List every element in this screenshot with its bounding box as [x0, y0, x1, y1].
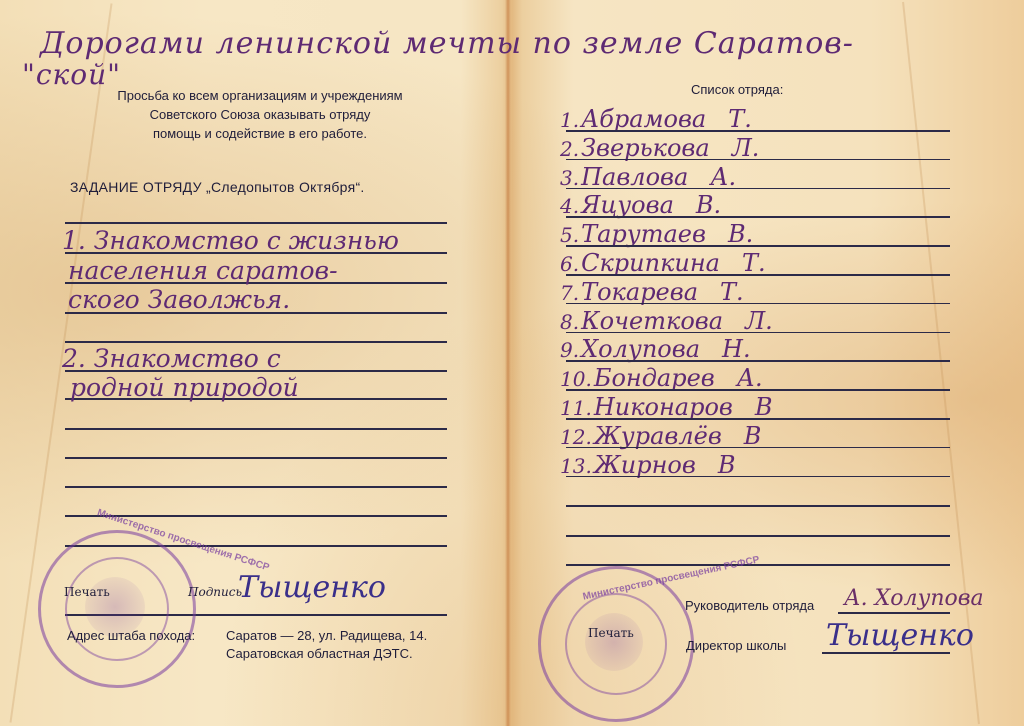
task-line: родной природой	[70, 373, 299, 402]
list-item: 13.ЖирновВ	[560, 451, 970, 479]
rule	[566, 418, 950, 420]
official-stamp-right: Министерство просвещения РСФСР	[538, 566, 694, 722]
rule	[566, 274, 950, 276]
member-name: Яцуова	[581, 191, 674, 219]
member-number: 6.	[560, 252, 579, 276]
member-number: 3.	[560, 166, 579, 190]
rule	[65, 486, 447, 488]
member-number: 12.	[560, 425, 592, 449]
member-number: 11.	[560, 396, 592, 420]
member-name: Павлова	[581, 163, 688, 191]
request-text: Просьба ко всем организациям и учреждени…	[40, 86, 480, 143]
member-number: 9.	[560, 338, 579, 362]
member-name: Жирнов	[594, 451, 696, 479]
request-line: Советского Союза оказывать отряду	[40, 105, 480, 124]
coat-of-arms-icon	[585, 613, 643, 671]
member-initial: Л.	[745, 307, 773, 335]
leader-signature: А. Холупова	[844, 586, 984, 611]
list-item: 7.ТокареваТ.	[560, 278, 970, 306]
list-heading: Список отряда:	[691, 82, 783, 97]
member-name: Зверькова	[581, 134, 710, 162]
list-item: 5.ТарутаевВ.	[560, 220, 970, 248]
rule	[65, 428, 447, 430]
handwritten-title-line1: Дорогами ленинской мечты по земле Сарато…	[40, 26, 854, 61]
member-number: 2.	[560, 137, 579, 161]
signature-left: Тыщенко	[238, 570, 386, 605]
member-name: Журавлёв	[594, 422, 722, 450]
list-item: 9.ХолуповаН.	[560, 335, 970, 363]
rule	[65, 341, 447, 343]
address-line1: Саратов — 28, ул. Радищева, 14.	[226, 628, 427, 643]
member-initial: Т.	[728, 105, 752, 133]
leader-label: Руководитель отряда	[685, 598, 814, 613]
member-number: 10.	[560, 367, 592, 391]
rule	[566, 159, 950, 161]
list-item: 8.КочетковаЛ.	[560, 307, 970, 335]
task-heading: ЗАДАНИЕ ОТРЯДУ „Следопытов Октября“.	[70, 179, 365, 195]
list-item: 12.ЖуравлёвВ	[560, 422, 970, 450]
rule	[566, 332, 950, 334]
member-initial: Л.	[732, 134, 760, 162]
request-line: помощь и содействие в его работе.	[40, 124, 480, 143]
member-name: Токарева	[581, 278, 698, 306]
rule	[566, 389, 950, 391]
list-item: 11.НиконаровВ	[560, 393, 970, 421]
list-item: 4.ЯцуоваВ.	[560, 191, 970, 219]
director-signature: Тыщенко	[826, 618, 974, 653]
member-number: 1.	[560, 108, 579, 132]
list-item: 10.БондаревА.	[560, 364, 970, 392]
member-name: Абрамова	[581, 105, 706, 133]
task-line: 1. Знакомство с жизнью	[62, 226, 399, 255]
rule	[566, 505, 950, 507]
list-item: 2.ЗверьковаЛ.	[560, 134, 970, 162]
member-initial: А.	[710, 163, 736, 191]
address-label: Адрес штаба похода:	[67, 628, 195, 643]
rule	[566, 130, 950, 132]
rule	[65, 222, 447, 224]
address-line2: Саратовская областная ДЭТС.	[226, 646, 413, 661]
member-initial: В.	[696, 191, 721, 219]
member-initial: Т.	[720, 278, 744, 306]
member-number: 13.	[560, 454, 592, 478]
center-fold	[505, 0, 511, 726]
member-name: Холупова	[581, 335, 700, 363]
member-name: Тарутаев	[581, 220, 706, 248]
member-initial: В.	[728, 220, 753, 248]
rule	[65, 457, 447, 459]
stamp-label: Печать	[588, 626, 634, 640]
task-line: населения саратов-	[68, 256, 338, 285]
list-item: 6.СкрипкинаТ.	[560, 249, 970, 277]
member-number: 5.	[560, 223, 579, 247]
stamp-label: Печать	[64, 585, 110, 599]
rule	[566, 245, 950, 247]
signature-label: Подпись	[188, 585, 242, 599]
request-line: Просьба ко всем организациям и учреждени…	[40, 86, 480, 105]
rule	[566, 360, 950, 362]
member-initial: В	[755, 393, 773, 421]
task-line: ского Заволжья.	[68, 285, 290, 314]
rule	[566, 476, 950, 478]
list-item: 3.ПавловаА.	[560, 163, 970, 191]
member-initial: Н.	[722, 335, 751, 363]
director-label: Директор школы	[686, 638, 786, 653]
member-initial: В	[744, 422, 762, 450]
member-initial: В	[718, 451, 736, 479]
task-line: 2. Знакомство с	[62, 344, 281, 373]
member-initial: А.	[737, 364, 763, 392]
member-name: Скрипкина	[581, 249, 720, 277]
rule	[838, 612, 950, 614]
list-item: 1.АбрамоваТ.	[560, 105, 970, 133]
member-number: 7.	[560, 281, 579, 305]
rule	[566, 216, 950, 218]
rule	[566, 535, 950, 537]
official-stamp-left: Министерство просвещения РСФСР	[38, 530, 196, 688]
member-number: 4.	[560, 194, 579, 218]
member-name: Кочеткова	[581, 307, 723, 335]
rule	[566, 447, 950, 449]
member-initial: Т.	[742, 249, 766, 277]
member-name: Никонаров	[594, 393, 733, 421]
member-name: Бондарев	[594, 364, 715, 392]
member-number: 8.	[560, 310, 579, 334]
rule	[566, 303, 950, 305]
rule	[566, 188, 950, 190]
